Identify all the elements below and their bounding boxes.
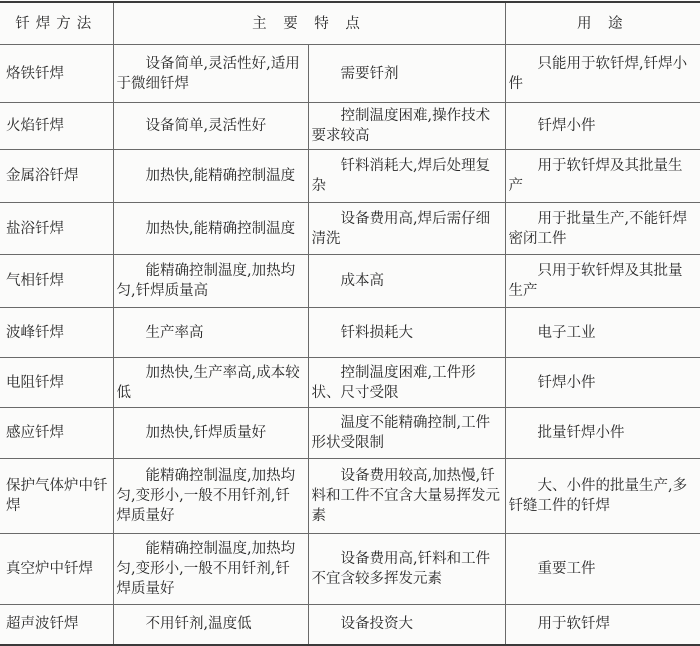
cell-usage: 钎焊小件 [505,103,700,150]
cell-advantage-text: 加热快,钎焊质量好 [146,425,267,441]
cell-usage-text: 钎焊小件 [538,118,596,134]
cell-drawback: 设备费用高,焊后需仔细清洗 [308,203,505,255]
cell-usage-text: 重要工件 [538,561,596,577]
cell-drawback: 成本高 [308,255,505,308]
cell-drawback-text: 设备费用高,焊后需仔细清洗 [312,211,491,247]
table-row: 金属浴钎焊加热快,能精确控制温度钎料消耗大,焊后处理复杂用于软钎焊及其批量生产 [0,150,700,203]
cell-drawback-text: 设备投资大 [341,616,414,632]
table-row: 真空炉中钎焊能精确控制温度,加热均匀,变形小,一般不用钎剂,钎焊质量好设备费用高… [0,534,700,605]
cell-usage: 重要工件 [505,534,700,605]
cell-drawback: 设备费用较高,加热慢,钎料和工件不宜含大量易挥发元素 [308,459,505,534]
cell-method-text: 电阻钎焊 [6,375,64,391]
cell-advantage: 加热快,能精确控制温度 [113,150,308,203]
cell-method: 火焰钎焊 [0,103,113,150]
cell-method: 波峰钎焊 [0,308,113,358]
cell-usage: 批量钎焊小件 [505,408,700,459]
table-row: 保护气体炉中钎焊能精确控制温度,加热均匀,变形小,一般不用钎剂,钎焊质量好设备费… [0,459,700,534]
table-row: 电阻钎焊加热快,生产率高,成本较低控制温度困难,工件形状、尺寸受限钎焊小件 [0,358,700,408]
brazing-methods-table: 钎焊方法 主 要 特 点 用 途 烙铁钎焊设备简单,灵活性好,适用于微细钎焊需要… [0,1,700,646]
cell-method-text: 盐浴钎焊 [6,221,64,237]
table-row: 盐浴钎焊加热快,能精确控制温度设备费用高,焊后需仔细清洗用于批量生产,不能钎焊密… [0,203,700,255]
cell-usage: 用于软钎焊 [505,605,700,645]
cell-drawback: 控制温度困难,工件形状、尺寸受限 [308,358,505,408]
cell-method: 气相钎焊 [0,255,113,308]
table-row: 气相钎焊能精确控制温度,加热均匀,钎焊质量高成本高只用于软钎焊及其批量生产 [0,255,700,308]
cell-drawback-text: 需要钎剂 [341,66,399,82]
cell-method-text: 感应钎焊 [6,425,64,441]
cell-usage-text: 电子工业 [538,325,596,341]
cell-method: 感应钎焊 [0,408,113,459]
cell-advantage-text: 加热快,能精确控制温度 [146,221,296,237]
cell-method: 金属浴钎焊 [0,150,113,203]
cell-advantage-text: 不用钎剂,温度低 [146,616,252,632]
cell-advantage: 加热快,钎焊质量好 [113,408,308,459]
cell-method-text: 烙铁钎焊 [6,66,64,82]
cell-advantage-text: 能精确控制温度,加热均匀,钎焊质量高 [117,263,296,299]
cell-usage-text: 钎焊小件 [538,375,596,391]
cell-usage-text: 只能用于软钎焊,钎焊小件 [509,56,688,92]
cell-advantage-text: 加热快,生产率高,成本较低 [117,365,300,401]
cell-usage-text: 用于软钎焊 [538,616,611,632]
cell-advantage-text: 加热快,能精确控制温度 [146,168,296,184]
cell-method-text: 气相钎焊 [6,273,64,289]
cell-method: 烙铁钎焊 [0,45,113,103]
cell-usage: 只用于软钎焊及其批量生产 [505,255,700,308]
cell-drawback: 温度不能精确控制,工件形状受限制 [308,408,505,459]
cell-drawback-text: 控制温度困难,操作技术要求较高 [312,108,491,144]
header-method: 钎焊方法 [0,2,113,45]
cell-usage-text: 用于软钎焊及其批量生产 [509,158,683,194]
cell-advantage: 能精确控制温度,加热均匀,变形小,一般不用钎剂,钎焊质量好 [113,459,308,534]
cell-advantage-text: 能精确控制温度,加热均匀,变形小,一般不用钎剂,钎焊质量好 [117,468,296,524]
table-row: 感应钎焊加热快,钎焊质量好温度不能精确控制,工件形状受限制批量钎焊小件 [0,408,700,459]
cell-drawback-text: 钎料消耗大,焊后处理复杂 [312,158,491,194]
cell-drawback: 需要钎剂 [308,45,505,103]
cell-usage-text: 大、小件的批量生产,多钎缝工件的钎焊 [509,478,688,514]
cell-drawback-text: 成本高 [341,273,385,289]
cell-advantage-text: 能精确控制温度,加热均匀,变形小,一般不用钎剂,钎焊质量好 [117,541,296,597]
cell-method-text: 超声波钎焊 [6,616,79,632]
cell-drawback: 钎料消耗大,焊后处理复杂 [308,150,505,203]
cell-drawback-text: 钎料损耗大 [341,325,414,341]
header-usage: 用 途 [505,2,700,45]
cell-advantage-text: 设备简单,灵活性好,适用于微细钎焊 [117,56,300,92]
cell-method: 保护气体炉中钎焊 [0,459,113,534]
cell-drawback-text: 设备费用高,钎料和工件不宜含较多挥发元素 [312,551,491,587]
cell-usage: 用于软钎焊及其批量生产 [505,150,700,203]
cell-usage: 大、小件的批量生产,多钎缝工件的钎焊 [505,459,700,534]
cell-usage: 钎焊小件 [505,358,700,408]
header-features: 主 要 特 点 [113,2,505,45]
cell-advantage: 不用钎剂,温度低 [113,605,308,645]
cell-drawback: 设备费用高,钎料和工件不宜含较多挥发元素 [308,534,505,605]
cell-method-text: 真空炉中钎焊 [6,561,93,577]
cell-method: 盐浴钎焊 [0,203,113,255]
table-row: 烙铁钎焊设备简单,灵活性好,适用于微细钎焊需要钎剂只能用于软钎焊,钎焊小件 [0,45,700,103]
cell-method: 真空炉中钎焊 [0,534,113,605]
cell-method-text: 保护气体炉中钎焊 [6,478,108,514]
cell-advantage: 加热快,能精确控制温度 [113,203,308,255]
cell-advantage: 加热快,生产率高,成本较低 [113,358,308,408]
cell-method: 电阻钎焊 [0,358,113,408]
cell-usage-text: 用于批量生产,不能钎焊密闭工件 [509,211,688,247]
table-row: 火焰钎焊设备简单,灵活性好控制温度困难,操作技术要求较高钎焊小件 [0,103,700,150]
cell-drawback: 设备投资大 [308,605,505,645]
cell-advantage-text: 生产率高 [146,325,204,341]
cell-usage: 电子工业 [505,308,700,358]
cell-method-text: 波峰钎焊 [6,325,64,341]
cell-usage: 只能用于软钎焊,钎焊小件 [505,45,700,103]
cell-usage-text: 批量钎焊小件 [538,425,625,441]
cell-advantage: 设备简单,灵活性好,适用于微细钎焊 [113,45,308,103]
cell-drawback-text: 设备费用较高,加热慢,钎料和工件不宜含大量易挥发元素 [312,468,501,524]
cell-advantage: 能精确控制温度,加热均匀,钎焊质量高 [113,255,308,308]
cell-advantage: 能精确控制温度,加热均匀,变形小,一般不用钎剂,钎焊质量好 [113,534,308,605]
table-row: 超声波钎焊不用钎剂,温度低设备投资大用于软钎焊 [0,605,700,645]
header-row: 钎焊方法 主 要 特 点 用 途 [0,2,700,45]
cell-drawback: 控制温度困难,操作技术要求较高 [308,103,505,150]
cell-advantage: 生产率高 [113,308,308,358]
cell-drawback-text: 控制温度困难,工件形状、尺寸受限 [312,365,476,401]
cell-drawback: 钎料损耗大 [308,308,505,358]
cell-method-text: 火焰钎焊 [6,118,64,134]
cell-method-text: 金属浴钎焊 [6,168,79,184]
cell-advantage-text: 设备简单,灵活性好 [146,118,267,134]
cell-advantage: 设备简单,灵活性好 [113,103,308,150]
cell-usage: 用于批量生产,不能钎焊密闭工件 [505,203,700,255]
table-row: 波峰钎焊生产率高钎料损耗大电子工业 [0,308,700,358]
cell-drawback-text: 温度不能精确控制,工件形状受限制 [312,415,491,451]
cell-method: 超声波钎焊 [0,605,113,645]
cell-usage-text: 只用于软钎焊及其批量生产 [509,263,683,299]
